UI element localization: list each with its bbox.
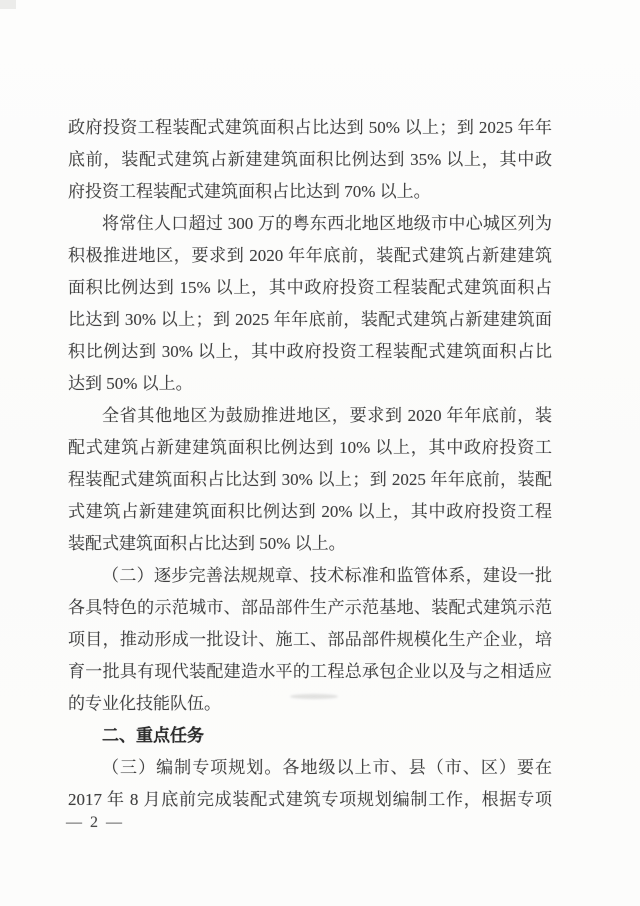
text-line: 府投资工程装配式建筑面积占比达到 70% 以上。 (68, 176, 552, 208)
document-page: 政府投资工程装配式建筑面积占比达到 50% 以上；到 2025 年年底前，装配式… (0, 0, 640, 906)
paragraph-encouraged-promotion-areas: 全省其他地区为鼓励推进地区，要求到 2020 年年底前，装配式建筑占新建建筑面积… (68, 400, 552, 560)
text-line: 2017 年 8 月底前完成装配式建筑专项规划编制工作，根据专项 (68, 784, 552, 816)
text-line: 比达到 30% 以上；到 2025 年年底前，装配式建筑占新建建筑面 (68, 304, 552, 336)
text-line: 式建筑占新建建筑面积比例达到 20% 以上，其中政府投资工程 (68, 496, 552, 528)
paragraph-active-promotion-areas: 将常住人口超过 300 万的粤东西北地区地级市中心城区列为积极推进地区，要求到 … (68, 208, 552, 400)
text-line: 装配式建筑面积占比达到 50% 以上。 (68, 528, 552, 560)
text-line: 各具特色的示范城市、部品部件生产示范基地、装配式建筑示范 (68, 592, 552, 624)
text-line: 全省其他地区为鼓励推进地区，要求到 2020 年年底前，装 (68, 400, 552, 432)
section-heading-key-tasks: 二、重点任务 (68, 720, 552, 752)
text-line: 积比例达到 30% 以上，其中政府投资工程装配式建筑面积占比 (68, 336, 552, 368)
scan-artifact-smudge (290, 694, 338, 699)
heading-line: 二、重点任务 (68, 720, 552, 752)
document-content: 政府投资工程装配式建筑面积占比达到 50% 以上；到 2025 年年底前，装配式… (68, 112, 552, 816)
text-line: 项目，推动形成一批设计、施工、部品部件规模化生产企业，培 (68, 624, 552, 656)
text-line: 政府投资工程装配式建筑面积占比达到 50% 以上；到 2025 年年 (68, 112, 552, 144)
text-line: 配式建筑占新建建筑面积比例达到 10% 以上，其中政府投资工 (68, 432, 552, 464)
scan-artifact-corner (0, 0, 16, 9)
text-line: 积极推进地区，要求到 2020 年年底前，装配式建筑占新建建筑 (68, 240, 552, 272)
paragraph-targets-2025-major-cities: 政府投资工程装配式建筑面积占比达到 50% 以上；到 2025 年年底前，装配式… (68, 112, 552, 208)
text-line: （二）逐步完善法规规章、技术标准和监管体系，建设一批 (68, 560, 552, 592)
text-line: （三）编制专项规划。各地级以上市、县（市、区）要在 (68, 752, 552, 784)
page-number: — 2 — (66, 814, 124, 832)
text-line: 育一批具有现代装配建造水平的工程总承包企业以及与之相适应 (68, 656, 552, 688)
text-line: 程装配式建筑面积占比达到 30% 以上；到 2025 年年底前，装配 (68, 464, 552, 496)
paragraph-item-three-special-planning: （三）编制专项规划。各地级以上市、县（市、区）要在2017 年 8 月底前完成装… (68, 752, 552, 816)
text-line: 达到 50% 以上。 (68, 368, 552, 400)
text-line: 的专业化技能队伍。 (68, 688, 552, 720)
text-line: 底前，装配式建筑占新建建筑面积比例达到 35% 以上，其中政 (68, 144, 552, 176)
text-line: 将常住人口超过 300 万的粤东西北地区地级市中心城区列为 (68, 208, 552, 240)
text-line: 面积比例达到 15% 以上，其中政府投资工程装配式建筑面积占 (68, 272, 552, 304)
